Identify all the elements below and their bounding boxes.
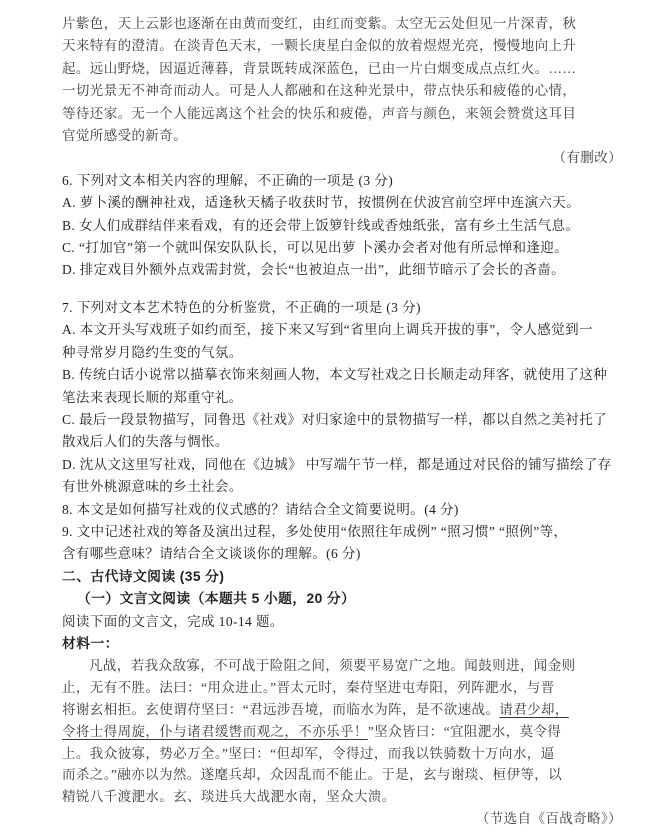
exam-page: 片紫色，天上云影也逐渐在由黄而变红，由红而变紫。太空无云处但见一片深青，秋天来特…: [0, 0, 654, 840]
question-6-stem: 6. 下列对文本相关内容的理解，不正确的一项是 (3 分): [62, 170, 622, 192]
text-segment: ”坚众皆曰：“宜阻淝水，莫令得: [368, 724, 561, 739]
material-1-label: 材料一：: [62, 633, 622, 655]
source-note-modified: （有删改）: [62, 147, 622, 169]
question-7-option-line: 散戏后人们的失落与惆怅。: [62, 431, 622, 453]
excerpt-line: 片紫色，天上云影也逐渐在由黄而变红，由红而变紫。太空无云处但见一片深青，秋: [62, 13, 622, 35]
section-2-heading: 二、古代诗文阅读 (35 分): [62, 566, 622, 588]
text-segment: 而杀之。”融亦以为然。遂麾兵却，众因乱而不能止。于是，玄与谢琰、桓伊等，以: [62, 767, 562, 782]
classical-line: 而杀之。”融亦以为然。遂麾兵却，众因乱而不能止。于是，玄与谢琰、桓伊等，以: [62, 764, 622, 786]
text-segment: 将谢玄相拒。玄使谓苻坚曰：“君远涉吾境，而临水为阵，是不欲速战。: [62, 702, 499, 717]
question-7-stem: 7. 下列对文本艺术特色的分析鉴赏，不正确的一项是 (3 分): [62, 297, 622, 319]
question-6-options: A. 萝卜溪的酬神社戏，适逢秋天橘子收获时节，按惯例在伏波宫前空坪中连演六天。B…: [62, 192, 622, 282]
spacer: [62, 282, 622, 297]
classical-line: 将谢玄相拒。玄使谓苻坚曰：“君远涉吾境，而临水为阵，是不欲速战。请君少却，: [62, 699, 622, 721]
question-7-option-line: A. 本文开头写戏班子如约而至，接下来又写到“省里向上调兵开拔的事”，令人感觉到…: [62, 319, 622, 341]
classical-text: 凡战，若我众敌寡，不可战于险阻之间，须要平易宽广之地。闻鼓则进，闻金则止，无有不…: [62, 655, 622, 808]
reading-instruction: 阅读下面的文言文，完成 10-14 题。: [62, 611, 622, 633]
classical-line: 上。我众彼寡，势必万全。”坚曰：“但却军，令得过，而我以铁骑数十万向水，逼: [62, 743, 622, 765]
classical-line: 凡战，若我众敌寡，不可战于险阻之间，须要平易宽广之地。闻鼓则进，闻金则: [62, 655, 622, 677]
classical-line: 令将士得周旋，仆与诸君缓辔而观之，不亦乐乎！”坚众皆曰：“宜阻淝水，莫令得: [62, 721, 622, 743]
question-8: 8. 本文是如何描写社戏的仪式感的？请结合全文简要说明。(4 分): [62, 499, 622, 521]
question-9-line: 9. 文中记述社戏的筹备及演出过程，多处使用“依照往年成例” “照习惯” “照例…: [62, 521, 622, 543]
text-segment: 止，无有不胜。法曰：“用众进止。”晋太元时，秦苻坚进屯寿阳，列阵淝水，与晋: [62, 680, 555, 695]
question-7-option-line: C. 最后一段景物描写，同鲁迅《社戏》对归家途中的景物描写一样，都以自然之美衬托…: [62, 409, 622, 431]
excerpt-line: 天来特有的澄清。在淡青色天末，一颗长庚星白金似的放着煜煜光亮，慢慢地向上升: [62, 35, 622, 57]
reading-excerpt: 片紫色，天上云影也逐渐在由黄而变红，由红而变紫。太空无云处但见一片深青，秋天来特…: [62, 13, 622, 147]
subsection-1-heading: （一）文言文阅读（本题共 5 小题，20 分）: [62, 588, 622, 610]
classical-line: 止，无有不胜。法曰：“用众进止。”晋太元时，秦苻坚进屯寿阳，列阵淝水，与晋: [62, 677, 622, 699]
classical-line: 精锐八千渡淝水。玄、琰进兵大战淝水南，坚众大溃。: [62, 786, 622, 808]
excerpt-line: 一切光景无不神奇而动人。可是人人都融和在这种光景中，带点快乐和疲倦的心情，: [62, 80, 622, 102]
question-7-options: A. 本文开头写戏班子如约而至，接下来又写到“省里向上调兵开拔的事”，令人感觉到…: [62, 319, 622, 498]
question-9-line: 含有哪些意味？请结合全文谈谈你的理解。(6 分): [62, 543, 622, 565]
question-7-option-line: 笔法来表现长顺的郑重守礼。: [62, 387, 622, 409]
excerpt-line: 等待还家。无一个人能远离这个社会的快乐和疲倦，声音与颜色，来领会赞赏这耳目: [62, 103, 622, 125]
underlined-passage: 令将士得周旋，仆与诸君缓辔而观之，不亦乐乎！: [62, 724, 368, 739]
question-6-option: C. “打加官”第一个就叫保安队队长，可以见出萝 卜溪办会者对他有所忌惮和逢迎。: [62, 237, 622, 259]
question-7-option-line: 种寻常岁月隐约生变的气氛。: [62, 342, 622, 364]
underlined-passage: 请君少却，: [499, 702, 569, 717]
source-note-excerpt: （节选自《百战奇略》）: [62, 808, 622, 830]
text-segment: 凡战，若我众敌寡，不可战于险阻之间，须要平易宽广之地。闻鼓则进，闻金则: [89, 658, 576, 673]
question-6-option: D. 排定戏目外额外点戏需封赏，会长“也被迫点一出”，此细节暗示了会长的吝啬。: [62, 259, 622, 281]
question-6-option: A. 萝卜溪的酬神社戏，适逢秋天橘子收获时节，按惯例在伏波宫前空坪中连演六天。: [62, 192, 622, 214]
question-7-option-line: 有世外桃源意味的乡土社会。: [62, 476, 622, 498]
excerpt-line: 起。远山野烧，因逼近薄暮，背景既转成深蓝色，已由一片白烟变成点点红火。……: [62, 58, 622, 80]
text-segment: 上。我众彼寡，势必万全。”坚曰：“但却军，令得过，而我以铁骑数十万向水，逼: [62, 746, 555, 761]
question-9: 9. 文中记述社戏的筹备及演出过程，多处使用“依照往年成例” “照习惯” “照例…: [62, 521, 622, 566]
text-segment: 精锐八千渡淝水。玄、琰进兵大战淝水南，坚众大溃。: [62, 789, 396, 804]
question-6-option: B. 女人们成群结伴来看戏，有的还会带上饭箩针线或香烛纸张，富有乡土生活气息。: [62, 215, 622, 237]
question-7-option-line: B. 传统白话小说常以描摹衣饰来刻画人物，本文写社戏之日长顺走动拜客，就使用了这…: [62, 364, 622, 386]
question-7-option-line: D. 沈从文这里写社戏，同他在《边城》 中写端午节一样，都是通过对民俗的铺写描绘…: [62, 454, 622, 476]
excerpt-line: 官觉所感受的新奇。: [62, 125, 622, 147]
